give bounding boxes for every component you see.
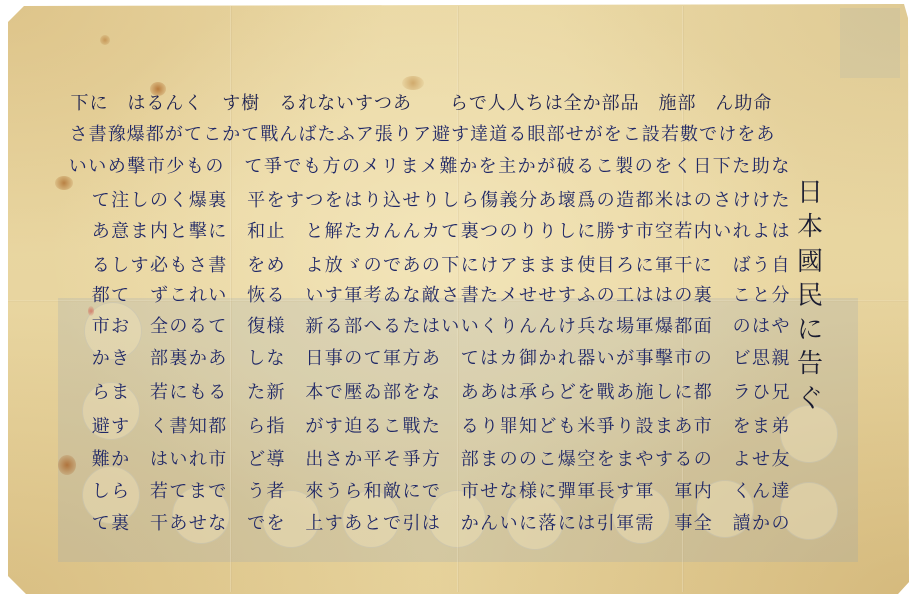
character-cell: 方 bbox=[402, 348, 421, 370]
character-cell: て bbox=[208, 316, 227, 338]
character-cell: こ bbox=[203, 124, 222, 146]
character-cell: る bbox=[674, 449, 693, 471]
character-cell: カ bbox=[421, 221, 440, 243]
character-cell: ん bbox=[538, 316, 557, 338]
character-cell: 市 bbox=[460, 481, 479, 503]
character-cell: 都 bbox=[693, 382, 712, 404]
character-cell: は bbox=[343, 190, 362, 212]
character-cell: 都 bbox=[208, 416, 227, 438]
character-cell: せ bbox=[188, 513, 207, 535]
character-cell: 様 bbox=[266, 316, 285, 338]
character-cell: す bbox=[324, 416, 343, 438]
character-cell: の bbox=[205, 156, 225, 178]
character-cell: 思 bbox=[751, 348, 770, 370]
character-cell: 主 bbox=[497, 156, 517, 178]
character-cell: 軍 bbox=[343, 285, 362, 307]
character-cell: や bbox=[635, 449, 654, 471]
character-cell: 國 bbox=[795, 245, 825, 279]
character-cell: は bbox=[421, 316, 440, 338]
blank-cell bbox=[713, 382, 732, 404]
character-cell: 日 bbox=[693, 156, 713, 178]
character-cell: 放 bbox=[324, 255, 343, 277]
character-cell: て bbox=[244, 156, 264, 178]
character-cell: 施 bbox=[635, 382, 654, 404]
character-cell: け bbox=[718, 124, 737, 146]
character-cell: た bbox=[343, 221, 362, 243]
text-line-10: らま 若にもる た新 本で壓ゐ部をな ああは承らどを戰あ施しに都 ラひ兄 bbox=[91, 382, 790, 404]
character-cell: う bbox=[324, 481, 343, 503]
character-cell: に bbox=[538, 481, 557, 503]
character-cell: 全 bbox=[693, 513, 712, 535]
character-cell: 眼 bbox=[527, 124, 546, 146]
character-cell: 達 bbox=[771, 481, 790, 503]
character-cell: 爆 bbox=[188, 190, 207, 212]
character-cell: か bbox=[222, 124, 241, 146]
blank-cell bbox=[713, 285, 732, 307]
character-cell: 軍 bbox=[382, 348, 401, 370]
text-line-3: いいめ擊市少もの て爭でも方のメリまメ難かを主かが破るこ製のをく日下た助な bbox=[68, 156, 790, 178]
character-cell: 知 bbox=[518, 416, 537, 438]
character-cell: 導 bbox=[266, 449, 285, 471]
character-cell: に bbox=[577, 221, 596, 243]
stain-spot bbox=[55, 176, 73, 190]
character-cell: こ bbox=[622, 124, 641, 146]
character-cell: 米 bbox=[577, 416, 596, 438]
text-line-1: 下に はるんく す樹 るれないすつあ らで人人ちは全か部品 施部 ん助命 bbox=[70, 93, 772, 115]
character-cell: お bbox=[110, 316, 129, 338]
character-cell: 民 bbox=[795, 279, 825, 313]
character-cell: か bbox=[188, 348, 207, 370]
character-cell: ふ bbox=[336, 124, 355, 146]
character-cell: し bbox=[441, 190, 460, 212]
character-cell: 書 bbox=[169, 416, 188, 438]
character-cell: 爲 bbox=[577, 190, 596, 212]
blank-cell bbox=[713, 348, 732, 370]
character-cell: 都 bbox=[674, 316, 693, 338]
character-cell: る bbox=[508, 124, 527, 146]
character-cell: あ bbox=[169, 513, 188, 535]
character-cell: 讀 bbox=[732, 513, 751, 535]
character-cell: 擊 bbox=[654, 348, 673, 370]
character-cell: さ bbox=[441, 285, 460, 307]
blank-cell bbox=[713, 449, 732, 471]
character-cell: き bbox=[110, 348, 129, 370]
character-cell: 干 bbox=[674, 255, 693, 277]
character-cell: 弟 bbox=[771, 416, 790, 438]
character-cell: 爭 bbox=[596, 416, 615, 438]
character-cell: 日 bbox=[795, 176, 825, 210]
character-cell: 必 bbox=[149, 255, 168, 277]
character-cell: い bbox=[169, 449, 188, 471]
character-cell: く bbox=[732, 481, 751, 503]
text-line-12: 難か はいれ市 ど導 出さか平そ爭方 部まののこ爆空をまやするの よせ友 bbox=[91, 449, 790, 471]
character-cell: の bbox=[421, 255, 440, 277]
character-cell: も bbox=[557, 416, 576, 438]
character-cell: ん bbox=[382, 221, 401, 243]
character-cell: 裏 bbox=[169, 348, 188, 370]
character-cell: す bbox=[615, 221, 634, 243]
character-cell: か bbox=[110, 449, 129, 471]
character-cell: を bbox=[402, 382, 421, 404]
character-cell: ゐ bbox=[382, 285, 401, 307]
character-cell: 自 bbox=[771, 255, 790, 277]
character-cell: た bbox=[246, 382, 265, 404]
blank-cell bbox=[227, 221, 246, 243]
character-cell: 承 bbox=[518, 382, 537, 404]
character-cell: 戰 bbox=[260, 124, 279, 146]
text-line-7: 都て ずこれい 恢る いす軍考ゐな敵さ書たメせせすふの工ははの裏 こと分 bbox=[91, 285, 790, 307]
character-cell: く bbox=[673, 156, 693, 178]
character-cell: 下 bbox=[70, 93, 89, 115]
character-cell: 平 bbox=[363, 449, 382, 471]
character-cell: 兄 bbox=[771, 382, 790, 404]
character-cell: ま bbox=[557, 255, 576, 277]
blank-cell bbox=[130, 449, 149, 471]
character-cell: い bbox=[596, 348, 615, 370]
character-cell: て bbox=[441, 221, 460, 243]
character-cell: り bbox=[518, 221, 537, 243]
character-cell: る bbox=[324, 316, 343, 338]
character-cell: ア bbox=[499, 255, 518, 277]
character-cell: 面 bbox=[693, 316, 712, 338]
blank-cell bbox=[260, 93, 279, 115]
character-cell: ら bbox=[91, 382, 110, 404]
blank-cell bbox=[696, 93, 715, 115]
character-cell: し bbox=[246, 348, 265, 370]
blank-cell bbox=[227, 382, 246, 404]
character-cell: し bbox=[654, 382, 673, 404]
blank-cell bbox=[713, 416, 732, 438]
character-cell: の bbox=[771, 513, 790, 535]
character-cell: す bbox=[110, 416, 129, 438]
character-cell: り bbox=[538, 221, 557, 243]
character-cell: を bbox=[737, 124, 756, 146]
character-cell: に bbox=[635, 255, 654, 277]
character-cell: 御 bbox=[518, 348, 537, 370]
character-cell: す bbox=[654, 449, 673, 471]
character-cell: 部 bbox=[601, 93, 620, 115]
character-cell: ま bbox=[130, 221, 149, 243]
blank-cell bbox=[130, 316, 149, 338]
character-cell: は bbox=[751, 316, 770, 338]
character-cell: く bbox=[169, 190, 188, 212]
character-cell: す bbox=[324, 285, 343, 307]
character-cell: 來 bbox=[305, 481, 324, 503]
character-cell: い bbox=[499, 513, 518, 535]
character-cell: た bbox=[771, 190, 790, 212]
character-cell: ば bbox=[732, 255, 751, 277]
text-line-9: かき 部裏かあ しな 日事のて軍方あ てはカ御かれ器いが事擊市の ビ思親 bbox=[91, 348, 790, 370]
character-cell: 目 bbox=[596, 255, 615, 277]
character-cell: つ bbox=[374, 93, 393, 115]
blank-cell bbox=[130, 481, 149, 503]
character-cell: の bbox=[149, 190, 168, 212]
character-cell: に bbox=[518, 513, 537, 535]
character-cell: が bbox=[305, 416, 324, 438]
character-cell: は bbox=[771, 221, 790, 243]
character-cell: 市 bbox=[91, 316, 110, 338]
stain-spot bbox=[100, 35, 110, 45]
character-cell: 部 bbox=[343, 316, 362, 338]
character-cell: リ bbox=[380, 156, 400, 178]
character-cell: う bbox=[751, 255, 770, 277]
character-cell: 干 bbox=[149, 513, 168, 535]
character-cell: を bbox=[266, 190, 285, 212]
character-cell: 注 bbox=[110, 190, 129, 212]
character-cell: て bbox=[460, 348, 479, 370]
character-cell: し bbox=[110, 255, 129, 277]
blank-cell bbox=[203, 93, 222, 115]
character-cell: の bbox=[596, 285, 615, 307]
character-cell: な bbox=[208, 513, 227, 535]
blank-cell bbox=[130, 285, 149, 307]
text-line-14: て裏 干あせな でを 上すあとで引は かんいに落には引軍需 事全 讀かの bbox=[91, 513, 790, 535]
character-cell: で bbox=[699, 124, 718, 146]
character-cell: 出 bbox=[305, 449, 324, 471]
character-cell: に bbox=[674, 382, 693, 404]
character-cell: ま bbox=[538, 255, 557, 277]
character-cell: ら bbox=[460, 190, 479, 212]
character-cell: 告 bbox=[795, 347, 825, 381]
character-cell: は bbox=[635, 285, 654, 307]
character-cell: 設 bbox=[635, 416, 654, 438]
character-cell: を bbox=[577, 382, 596, 404]
character-cell: く bbox=[184, 93, 203, 115]
character-cell: ず bbox=[149, 285, 168, 307]
character-cell: を bbox=[324, 190, 343, 212]
blank-cell bbox=[227, 316, 246, 338]
character-cell: と bbox=[751, 285, 770, 307]
character-cell: そ bbox=[382, 449, 401, 471]
character-cell: る bbox=[363, 416, 382, 438]
blank-cell bbox=[713, 316, 732, 338]
character-cell: か bbox=[517, 156, 537, 178]
character-cell: ん bbox=[715, 93, 734, 115]
character-cell: 全 bbox=[149, 316, 168, 338]
character-cell: 人 bbox=[487, 93, 506, 115]
character-cell: ゞ bbox=[343, 255, 362, 277]
character-cell: が bbox=[536, 156, 556, 178]
character-cell: な bbox=[402, 285, 421, 307]
character-cell: ま bbox=[110, 382, 129, 404]
character-cell: れ bbox=[188, 449, 207, 471]
character-cell: 避 bbox=[431, 124, 450, 146]
character-cell: し bbox=[557, 221, 576, 243]
character-cell: れ bbox=[557, 348, 576, 370]
character-cell: り bbox=[499, 316, 518, 338]
character-cell: 爭 bbox=[263, 156, 283, 178]
character-cell: ら bbox=[449, 93, 468, 115]
character-cell: 市 bbox=[693, 416, 712, 438]
blank-cell bbox=[285, 416, 304, 438]
character-cell: し bbox=[91, 481, 110, 503]
character-cell: さ bbox=[69, 124, 88, 146]
character-cell: る bbox=[146, 93, 165, 115]
character-cell: に bbox=[89, 93, 108, 115]
character-cell: 部 bbox=[677, 93, 696, 115]
text-line-13: しら 若てまで う者 來うら和敵にで 市せな様に彈軍長す軍 軍内 くん達 bbox=[91, 481, 790, 503]
character-cell: あ bbox=[479, 382, 498, 404]
character-cell: ど bbox=[557, 382, 576, 404]
character-cell: 恢 bbox=[246, 285, 265, 307]
character-cell: も bbox=[169, 255, 188, 277]
character-cell: 若 bbox=[149, 382, 168, 404]
character-cell: は bbox=[544, 93, 563, 115]
character-cell: ん bbox=[479, 513, 498, 535]
character-cell: ら bbox=[110, 481, 129, 503]
character-cell: し bbox=[130, 190, 149, 212]
blank-cell bbox=[285, 255, 304, 277]
character-cell: よ bbox=[305, 255, 324, 277]
character-cell: の bbox=[343, 348, 362, 370]
character-cell: め bbox=[266, 255, 285, 277]
character-cell: い bbox=[88, 156, 108, 178]
character-cell: こ bbox=[382, 416, 401, 438]
character-cell: 裏 bbox=[460, 221, 479, 243]
character-cell: ら bbox=[246, 416, 265, 438]
character-cell: に bbox=[795, 313, 825, 347]
character-cell: へ bbox=[363, 316, 382, 338]
blank-cell bbox=[441, 382, 460, 404]
blank-cell bbox=[224, 156, 244, 178]
character-cell: 分 bbox=[518, 190, 537, 212]
character-cell: 下 bbox=[441, 255, 460, 277]
character-cell: 軍 bbox=[674, 481, 693, 503]
character-cell: り bbox=[421, 190, 440, 212]
character-cell: い bbox=[713, 221, 732, 243]
character-cell: 擊 bbox=[127, 156, 147, 178]
character-cell: ア bbox=[355, 124, 374, 146]
character-cell: を bbox=[246, 255, 265, 277]
character-cell: に bbox=[557, 513, 576, 535]
character-cell: メ bbox=[499, 285, 518, 307]
character-cell: 解 bbox=[324, 221, 343, 243]
character-cell: 都 bbox=[91, 285, 110, 307]
blank-cell bbox=[441, 481, 460, 503]
character-cell: 難 bbox=[91, 449, 110, 471]
character-cell: 軍 bbox=[635, 316, 654, 338]
character-cell: ま bbox=[400, 156, 420, 178]
character-cell: ち bbox=[525, 93, 544, 115]
character-cell: を bbox=[478, 156, 498, 178]
character-cell: る bbox=[460, 416, 479, 438]
character-cell: 戰 bbox=[596, 382, 615, 404]
character-cell: 市 bbox=[674, 348, 693, 370]
character-cell: で bbox=[246, 513, 265, 535]
character-cell: 兵 bbox=[577, 316, 596, 338]
character-cell: 裏 bbox=[208, 190, 227, 212]
character-cell: ど bbox=[538, 416, 557, 438]
blank-cell bbox=[441, 416, 460, 438]
character-cell: 指 bbox=[266, 416, 285, 438]
blank-cell bbox=[285, 382, 304, 404]
character-cell: の bbox=[341, 156, 361, 178]
character-cell: 戰 bbox=[402, 416, 421, 438]
character-cell: 内 bbox=[693, 481, 712, 503]
character-cell: 部 bbox=[382, 382, 401, 404]
character-cell: 裏 bbox=[110, 513, 129, 535]
character-cell: の bbox=[693, 449, 712, 471]
character-cell: 壓 bbox=[343, 382, 362, 404]
character-cell: て bbox=[363, 348, 382, 370]
character-cell: れ bbox=[298, 93, 317, 115]
character-cell: 事 bbox=[674, 513, 693, 535]
character-cell: 樹 bbox=[241, 93, 260, 115]
character-cell: メ bbox=[361, 156, 381, 178]
character-cell: つ bbox=[479, 221, 498, 243]
character-cell: 者 bbox=[266, 481, 285, 503]
character-cell: 達 bbox=[470, 124, 489, 146]
character-cell: 新 bbox=[305, 316, 324, 338]
character-cell: れ bbox=[732, 221, 751, 243]
character-cell: ラ bbox=[732, 382, 751, 404]
character-cell: 張 bbox=[374, 124, 393, 146]
blank-cell bbox=[285, 513, 304, 535]
blank-cell bbox=[130, 513, 149, 535]
blank-cell bbox=[285, 285, 304, 307]
blank-cell bbox=[713, 513, 732, 535]
character-cell: 親 bbox=[771, 348, 790, 370]
character-cell: る bbox=[575, 156, 595, 178]
character-cell: 義 bbox=[499, 190, 518, 212]
character-cell: 本 bbox=[305, 382, 324, 404]
character-cell: 設 bbox=[641, 124, 660, 146]
character-cell: に bbox=[169, 382, 188, 404]
character-cell: る bbox=[266, 285, 285, 307]
character-cell: る bbox=[188, 316, 207, 338]
character-cell: 若 bbox=[674, 221, 693, 243]
character-cell: 米 bbox=[654, 190, 673, 212]
character-cell: 新 bbox=[266, 382, 285, 404]
character-cell: あ bbox=[421, 348, 440, 370]
character-cell: せ bbox=[479, 481, 498, 503]
character-cell: 命 bbox=[753, 93, 772, 115]
character-cell: 方 bbox=[421, 449, 440, 471]
character-cell: の bbox=[499, 221, 518, 243]
blank-cell bbox=[227, 255, 246, 277]
text-line-5: あ意ま内と擊に 和止 と解たカんんカて裏つのりりしに勝す市空若内いれよは bbox=[91, 221, 790, 243]
character-cell: こ bbox=[595, 156, 615, 178]
character-cell: 様 bbox=[518, 481, 537, 503]
character-cell: 敵 bbox=[421, 285, 440, 307]
character-cell: を bbox=[732, 416, 751, 438]
character-cell: 空 bbox=[654, 221, 673, 243]
character-cell: あ bbox=[460, 382, 479, 404]
character-cell: 軍 bbox=[654, 255, 673, 277]
character-cell: 都 bbox=[145, 124, 164, 146]
character-cell: 爆 bbox=[126, 124, 145, 146]
character-cell: 軍 bbox=[615, 513, 634, 535]
character-cell: ら bbox=[538, 382, 557, 404]
blank-cell bbox=[441, 348, 460, 370]
blank-cell bbox=[130, 382, 149, 404]
character-cell: 空 bbox=[577, 449, 596, 471]
character-cell: い bbox=[305, 285, 324, 307]
character-cell: あ bbox=[615, 382, 634, 404]
character-cell: な bbox=[266, 348, 285, 370]
character-cell: 書 bbox=[460, 285, 479, 307]
character-cell: も bbox=[302, 156, 322, 178]
character-cell: い bbox=[441, 316, 460, 338]
character-cell: に bbox=[693, 255, 712, 277]
character-cell: か bbox=[91, 348, 110, 370]
character-cell: 下 bbox=[712, 156, 732, 178]
character-cell: 込 bbox=[382, 190, 401, 212]
blank-cell bbox=[713, 481, 732, 503]
character-cell: せ bbox=[402, 190, 421, 212]
character-cell: は bbox=[654, 285, 673, 307]
character-cell: を bbox=[653, 156, 673, 178]
